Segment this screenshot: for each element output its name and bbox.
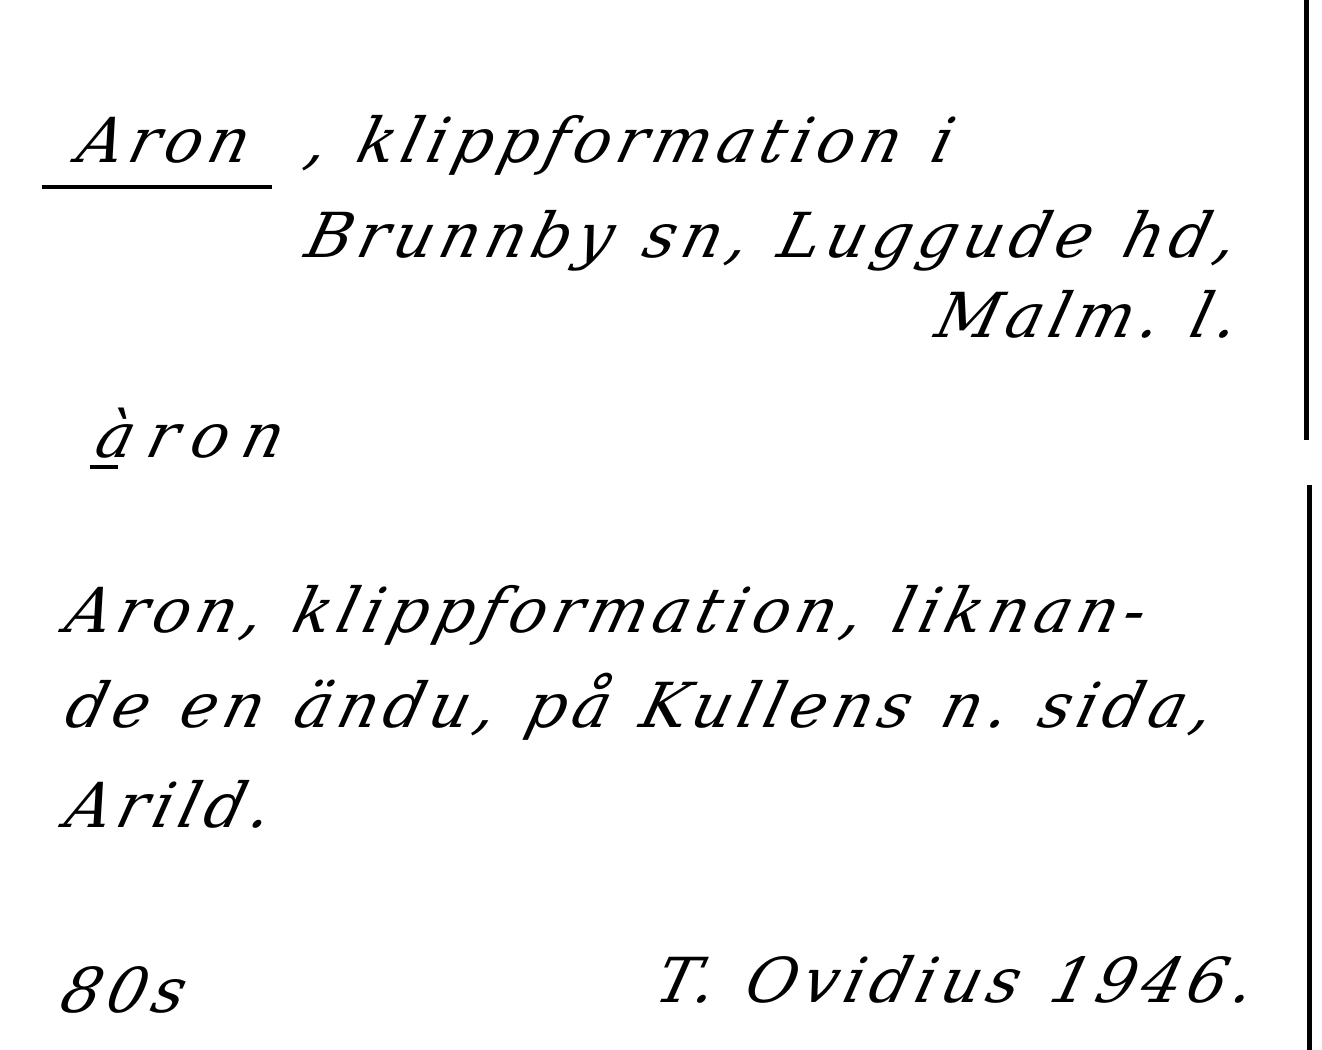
body-line-3: Arild. [60, 775, 285, 837]
headword: Aron [72, 110, 263, 172]
card-edge-lower [1307, 485, 1312, 1050]
pronunciation-stress-mark [90, 465, 118, 469]
signature-and-year: T. Ovidius 1946. [650, 950, 1267, 1012]
headword-underline [42, 185, 272, 189]
header-location-line3: Malm. l. [930, 285, 1251, 347]
header-location-line2: Brunnby sn, Luggude hd, [300, 205, 1250, 267]
archive-number: 80s [55, 960, 199, 1022]
pronunciation: àron [90, 405, 305, 467]
body-line-2: de en ändu, på Kullens n. sida, [60, 675, 1226, 737]
body-line-1: Aron, klippformation, liknan- [60, 580, 1159, 642]
header-location-line1: , klippformation i [300, 110, 967, 172]
card-edge-upper [1304, 0, 1309, 440]
